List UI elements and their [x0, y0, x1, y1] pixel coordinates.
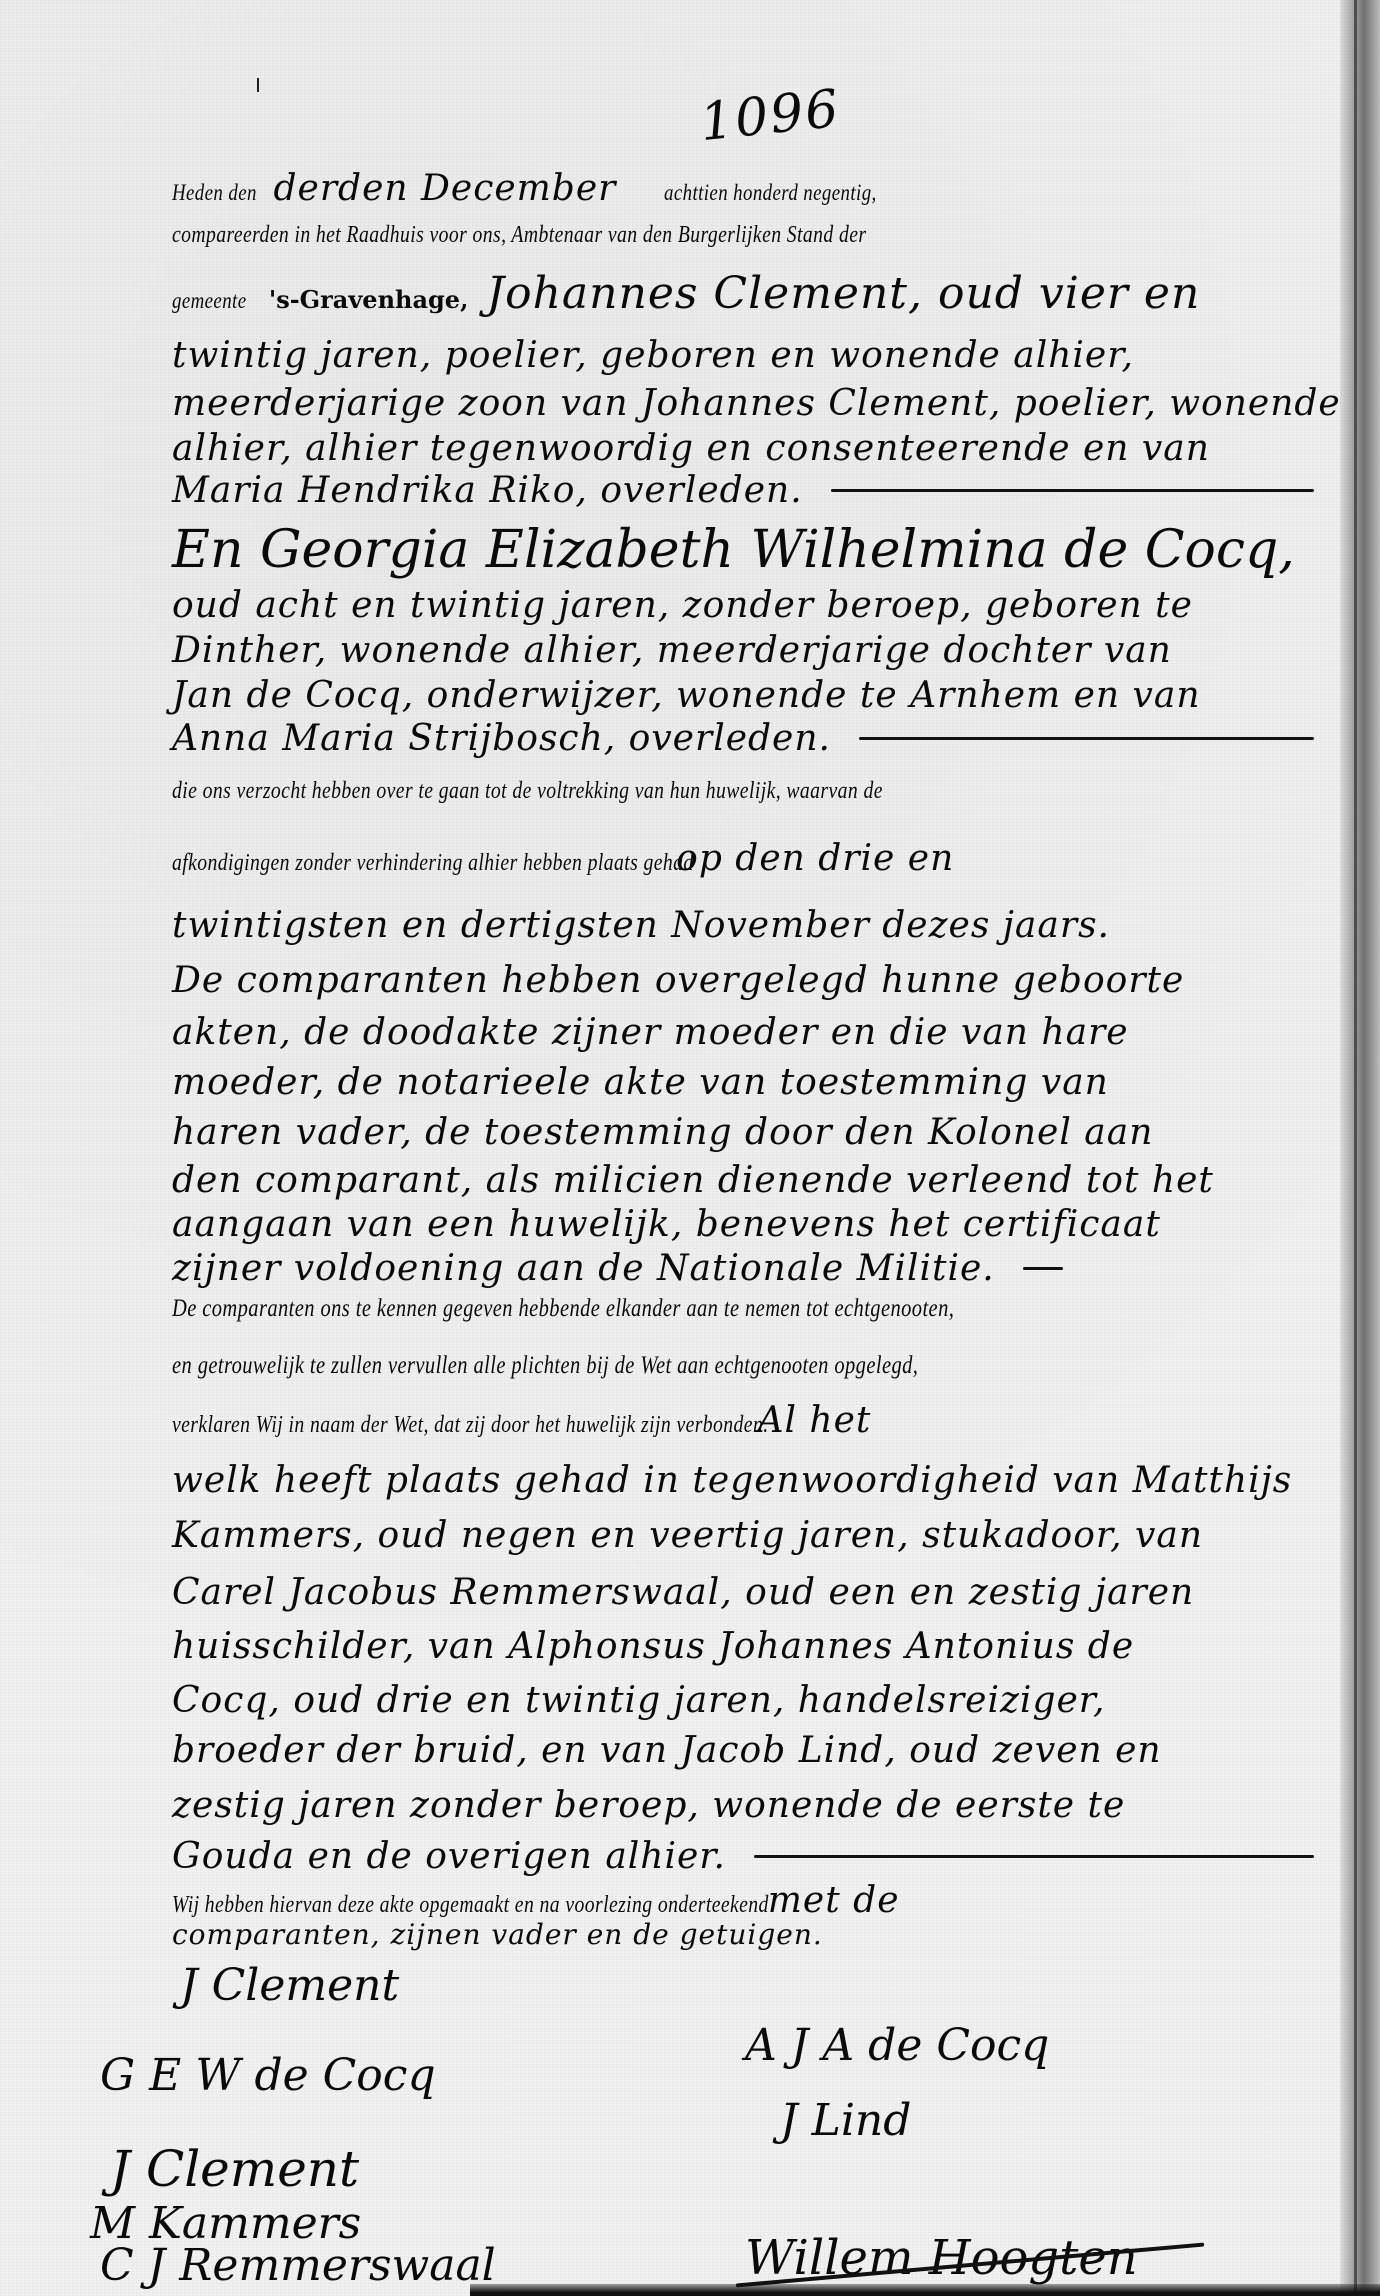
line-witness-2: Kammers, oud negen en veertig jaren, stu… — [172, 1515, 1314, 1556]
line-witness-6: broeder der bruid, en van Jacob Lind, ou… — [172, 1730, 1314, 1771]
handwritten-text: Anna Maria Strijbosch, overleden. — [172, 718, 831, 759]
handwritten-text: met de — [768, 1880, 900, 1921]
line-docs-5: den comparant, als milicien dienende ver… — [172, 1160, 1314, 1201]
margin-mark — [257, 78, 259, 92]
line-docs-3: moeder, de notarieele akte van toestemmi… — [172, 1062, 1314, 1103]
handwritten-text: zijner voldoening aan de Nationale Milit… — [172, 1248, 995, 1289]
handwritten-text: oud acht en twintig jaren, zonder beroep… — [172, 585, 1193, 626]
line-witness-4: huisschilder, van Alphonsus Johannes Ant… — [172, 1626, 1314, 1667]
record-number: 1096 — [697, 79, 843, 153]
printed-text: en getrouwelijk te zullen vervullen alle… — [172, 1352, 918, 1380]
handwritten-text: broeder der bruid, en van Jacob Lind, ou… — [172, 1730, 1162, 1771]
binding-edge — [1340, 0, 1380, 2296]
handwritten-text: den comparant, als milicien dienende ver… — [172, 1160, 1214, 1201]
line-closing-2: comparanten, zijnen vader en de getuigen… — [172, 1918, 1314, 1951]
line-declaration-1: De comparanten ons te kennen gegeven heb… — [172, 1295, 1314, 1323]
line-witness-3: Carel Jacobus Remmerswaal, oud een en ze… — [172, 1572, 1314, 1613]
handwritten-text: alhier, alhier tegenwoordig en consentee… — [172, 428, 1210, 469]
municipality-name: 's-Gravenhage, — [269, 285, 469, 314]
handwritten-text: aangaan van een huwelijk, benevens het c… — [172, 1204, 1161, 1245]
printed-text: die ons verzocht hebben over te gaan tot… — [172, 778, 883, 805]
line-filler-dash — [754, 1855, 1314, 1858]
signature-gew-de-cocq: G E W de Cocq — [100, 2050, 436, 2101]
printed-text: compareerden in het Raadhuis voor ons, A… — [172, 222, 866, 249]
line-declaration-2: en getrouwelijk te zullen vervullen alle… — [172, 1352, 1314, 1380]
handwritten-text: Jan de Cocq, onderwijzer, wonende te Arn… — [172, 675, 1201, 716]
printed-text: Heden den — [172, 180, 257, 206]
signature-cj-remmerswaal: C J Remmerswaal — [100, 2240, 496, 2291]
line-banns-date: twintigsten en dertigsten November dezes… — [172, 905, 1314, 946]
handwritten-text: moeder, de notarieele akte van toestemmi… — [172, 1062, 1109, 1103]
line-groom-4: alhier, alhier tegenwoordig en consentee… — [172, 428, 1314, 469]
groom-name: Johannes Clement, oud vier en — [486, 268, 1200, 319]
signature-ajA-de-cocq: A J A de Cocq — [745, 2020, 1049, 2071]
line-municipality: gemeente 's-Gravenhage, Johannes Clement… — [172, 268, 1314, 319]
line-filler-dash — [1023, 1267, 1063, 1270]
line-bride: En Georgia Elizabeth Wilhelmina de Cocq, — [172, 520, 1314, 580]
handwritten-text: op den drie en — [676, 838, 954, 879]
signature-j-lind: J Lind — [780, 2095, 911, 2146]
line-witness-7: zestig jaren zonder beroep, wonende de e… — [172, 1785, 1314, 1826]
line-request: die ons verzocht hebben over te gaan tot… — [172, 778, 1314, 805]
printed-text: gemeente — [172, 288, 246, 314]
line-closing-1: Wij hebben hiervan deze akte opgemaakt e… — [172, 1880, 1314, 1921]
line-witness-1: welk heeft plaats gehad in tegenwoordigh… — [172, 1460, 1314, 1501]
signature-j-clement-father: J Clement — [180, 1960, 399, 2011]
handwritten-text: Cocq, oud drie en twintig jaren, handels… — [172, 1680, 1106, 1721]
handwritten-text: twintigsten en dertigsten November dezes… — [172, 905, 1110, 946]
line-appeared: compareerden in het Raadhuis voor ons, A… — [172, 222, 1314, 249]
line-docs-4: haren vader, de toestemming door den Kol… — [172, 1112, 1314, 1153]
handwritten-text: akten, de doodakte zijner moeder en die … — [172, 1012, 1129, 1053]
line-docs-7: zijner voldoening aan de Nationale Milit… — [172, 1248, 1314, 1289]
handwritten-text: De comparanten hebben overgelegd hunne g… — [172, 960, 1184, 1001]
handwritten-text: Maria Hendrika Riko, overleden. — [172, 470, 803, 511]
line-witness-5: Cocq, oud drie en twintig jaren, handels… — [172, 1680, 1314, 1721]
scanned-document-page: 1096 Heden den derden December achttien … — [0, 0, 1380, 2296]
line-date: Heden den derden December achttien honde… — [172, 168, 1314, 209]
line-witness-8: Gouda en de overigen alhier. — [172, 1836, 1314, 1877]
printed-text: afkondigingen zonder verhindering alhier… — [172, 850, 694, 877]
handwritten-text: Kammers, oud negen en veertig jaren, stu… — [172, 1515, 1203, 1556]
line-banns: afkondigingen zonder verhindering alhier… — [172, 838, 1314, 879]
bride-name: En Georgia Elizabeth Wilhelmina de Cocq, — [172, 520, 1295, 580]
line-groom-mother: Maria Hendrika Riko, overleden. — [172, 470, 1314, 511]
line-bride-4: Jan de Cocq, onderwijzer, wonende te Arn… — [172, 675, 1314, 716]
handwritten-text: comparanten, zijnen vader en de getuigen… — [172, 1918, 823, 1951]
signature-j-clement-groom: J Clement — [110, 2140, 359, 2198]
line-docs-6: aangaan van een huwelijk, benevens het c… — [172, 1204, 1314, 1245]
handwritten-text: haren vader, de toestemming door den Kol… — [172, 1112, 1153, 1153]
line-bride-3: Dinther, wonende alhier, meerderjarige d… — [172, 630, 1314, 671]
line-groom-3: meerderjarige zoon van Johannes Clement,… — [172, 383, 1314, 424]
line-docs-1: De comparanten hebben overgelegd hunne g… — [172, 960, 1314, 1001]
printed-text: Wij hebben hiervan deze akte opgemaakt e… — [172, 1892, 769, 1919]
printed-text: verklaren Wij in naam der Wet, dat zij d… — [172, 1412, 769, 1439]
handwritten-text: Gouda en de overigen alhier. — [172, 1836, 726, 1877]
handwritten-text: Al het — [757, 1400, 871, 1441]
handwritten-text: Dinther, wonende alhier, meerderjarige d… — [172, 630, 1172, 671]
printed-text: De comparanten ons te kennen gegeven heb… — [172, 1295, 954, 1323]
line-filler-dash — [859, 737, 1314, 740]
handwritten-text: Carel Jacobus Remmerswaal, oud een en ze… — [172, 1572, 1194, 1613]
line-bride-mother: Anna Maria Strijbosch, overleden. — [172, 718, 1314, 759]
line-groom-2: twintig jaren, poelier, geboren en wonen… — [172, 335, 1314, 376]
handwritten-text: zestig jaren zonder beroep, wonende de e… — [172, 1785, 1125, 1826]
line-declaration-3: verklaren Wij in naam der Wet, dat zij d… — [172, 1400, 1314, 1441]
handwritten-text: huisschilder, van Alphonsus Johannes Ant… — [172, 1626, 1134, 1667]
handwritten-text: twintig jaren, poelier, geboren en wonen… — [172, 335, 1134, 376]
handwritten-text: welk heeft plaats gehad in tegenwoordigh… — [172, 1460, 1292, 1501]
line-bride-2: oud acht en twintig jaren, zonder beroep… — [172, 585, 1314, 626]
handwritten-text: meerderjarige zoon van Johannes Clement,… — [172, 383, 1341, 424]
handwritten-date: derden December — [274, 168, 617, 209]
line-docs-2: akten, de doodakte zijner moeder en die … — [172, 1012, 1314, 1053]
printed-year: achttien honderd negentig, — [664, 180, 877, 206]
line-filler-dash — [831, 489, 1314, 492]
